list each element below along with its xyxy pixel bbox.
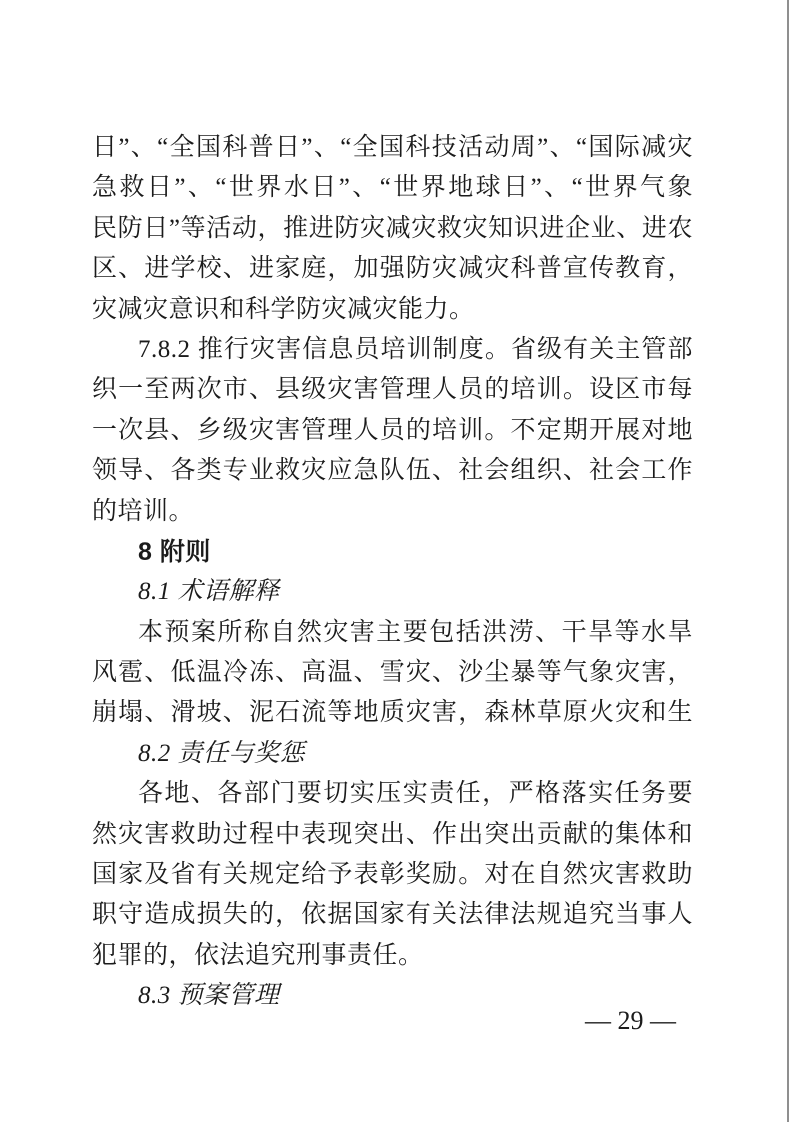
text-line: 风雹、低温冷冻、高温、雪灾、沙尘暴等气象灾害，地震灾害，	[92, 653, 693, 693]
text-line: 区、进学校、进家庭，加强防灾减灾科普宣传教育，提高公众防	[92, 249, 693, 289]
scan-edge-line	[787, 0, 789, 1122]
text-line: 一次县、乡级灾害管理人员的培训。不定期开展对地方政府分管	[92, 411, 693, 451]
text-line: 的培训。	[92, 492, 693, 532]
text-line: 灾减灾意识和科学防灾减灾能力。	[92, 290, 693, 330]
text-line: 职守造成损失的，依据国家有关法律法规追究当事人责任；构成	[92, 895, 693, 935]
text-line: 急救日”、“世界水日”、“世界地球日”、“世界气象日”和“国际	[92, 168, 693, 208]
text-line: 各地、各部门要切实压实责任，严格落实任务要求，对在自	[92, 774, 693, 814]
heading-8-1: 8.1 术语解释	[92, 572, 693, 612]
text-line: 7.8.2 推行灾害信息员培训制度。省级有关主管部门每年组	[92, 330, 693, 370]
text-block: 日”、“全国科普日”、“全国科技活动周”、“国际减灾日”、“世界急救日”、“世界…	[92, 128, 693, 1017]
heading-8: 8 附则	[92, 532, 693, 572]
heading-8-2: 8.2 责任与奖惩	[92, 734, 693, 774]
text-line: 领导、各类专业救灾应急队伍、社会组织、社会工作者、志愿者	[92, 451, 693, 491]
text-line: 犯罪的，依法追究刑事责任。	[92, 936, 693, 976]
text-line: 织一至两次市、县级灾害管理人员的培训。设区市每年至少组织	[92, 370, 693, 410]
text-line: 民防日”等活动，推进防灾减灾救灾知识进企业、进农村、进社	[92, 209, 693, 249]
text-line: 崩塌、滑坡、泥石流等地质灾害，森林草原火灾和生物灾害等。	[92, 693, 693, 733]
page-number-footer: — 29 —	[585, 1006, 717, 1036]
text-line: 日”、“全国科普日”、“全国科技活动周”、“国际减灾日”、“世界	[92, 128, 693, 168]
text-line: 本预案所称自然灾害主要包括洪涝、干旱等水旱灾害，台风、	[92, 613, 693, 653]
document-page: 日”、“全国科普日”、“全国科技活动周”、“国际减灾日”、“世界急救日”、“世界…	[0, 0, 793, 1122]
text-line: 国家及省有关规定给予表彰奖励。对在自然灾害救助过程中玩忽	[92, 855, 693, 895]
text-line: 然灾害救助过程中表现突出、作出突出贡献的集体和个人，按照	[92, 815, 693, 855]
